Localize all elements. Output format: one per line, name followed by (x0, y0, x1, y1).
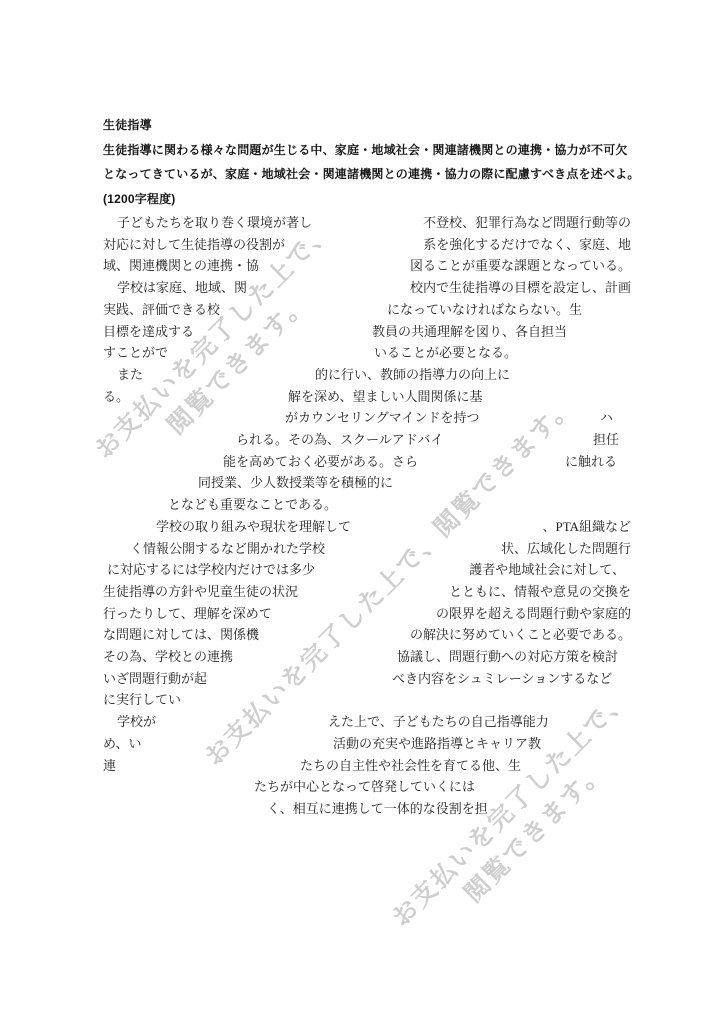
text-fragment: たちが中心となって啓発していくには (254, 776, 475, 798)
prompt-length-note: (1200字程度) (103, 187, 637, 212)
text-fragment: 連 (103, 755, 116, 777)
text-fragment: 目標を達成する (103, 321, 194, 343)
essay-title: 生徒指導 (103, 113, 637, 138)
essay-line: 能を高めておく必要がある。さらに触れる (103, 451, 631, 473)
text-fragment: すことがで (103, 342, 168, 364)
essay-line: に対応するには学校内だけでは多少護者や地域社会に対して、 (103, 559, 631, 581)
text-fragment: の限界を超える問題行動や家庭的 (436, 603, 631, 625)
essay-line: いざ問題行動が起べき内容をシュミレーションするなど (103, 668, 631, 690)
text-fragment: べき内容をシュミレーションするなど (392, 668, 612, 690)
text-fragment: め、い (103, 733, 141, 755)
text-fragment: その為、学校との連携 (103, 646, 233, 668)
essay-line: 学校は家庭、地域、関校内で生徒指導の目標を設定し、計画 (103, 277, 631, 299)
essay-line: 生徒指導の方針や児童生徒の状況とともに、情報や意見の交換を (103, 581, 631, 603)
essay-line: 学校がえた上で、子どもたちの自己指導能力 (103, 711, 631, 733)
essay-line: がカウンセリングマインドを持つハ (103, 407, 631, 429)
text-fragment: 担任 (593, 429, 619, 451)
text-fragment: 能を高めておく必要がある。さら (223, 451, 418, 473)
essay-line: 目標を達成する教員の共通理解を図り、各自担当 (103, 321, 631, 343)
essay-line: すことがでいることが必要となる。 (103, 342, 631, 364)
text-fragment: となども重要なことである。 (168, 494, 337, 516)
essay-line: られる。その為、スクールアドバイ担任 (103, 429, 631, 451)
essay-line: 子どもたちを取り巻く環境が著し不登校、犯罪行為など問題行動等の (103, 212, 631, 234)
essay-line: たちが中心となって啓発していくには (103, 776, 631, 798)
text-fragment: る。 (103, 386, 129, 408)
text-fragment: に触れる (565, 451, 617, 473)
essay-line: め、い活動の充実や進路指導とキャリア教 (103, 733, 631, 755)
text-fragment: 実践、評価できる校 (103, 299, 220, 321)
text-fragment: 護者や地域社会に対して、 (469, 559, 625, 581)
text-fragment: 、PTA組織など (542, 516, 631, 538)
text-fragment: 解を深め、望ましい人間関係に基 (288, 386, 482, 408)
text-fragment: 系を強化するだけでなく、家庭、地 (423, 234, 631, 256)
text-fragment: 校内で生徒指導の目標を設定し、計画 (410, 277, 631, 299)
prompt-line-2: となってきているが、家庭・地域社会・関連諸機関との連携・協力の際に配慮すべき点を… (103, 162, 637, 187)
essay-line: 実践、評価できる校になっていなければならない。生 (103, 299, 631, 321)
text-fragment: な問題に対しては、関係機 (103, 624, 259, 646)
text-fragment: 生徒指導の方針や児童生徒の状況 (103, 581, 298, 603)
text-fragment: に対応するには学校内だけでは多少 (107, 559, 315, 581)
text-fragment: 図ることが重要な課題となっている。 (410, 255, 631, 277)
essay-line: また的に行い、教師の指導力の向上に (103, 364, 631, 386)
essay-line: 連たちの自主性や社会性を育てる他、生 (103, 755, 631, 777)
text-fragment: えた上で、子どもたちの自己指導能力 (328, 711, 549, 733)
text-fragment: く、相互に連携して一体的な役割を担 (267, 798, 488, 820)
text-fragment: いることが必要となる。 (374, 342, 517, 364)
text-fragment: とともに、情報や意見の交換を (449, 581, 631, 603)
essay-line: る。解を深め、望ましい人間関係に基 (103, 386, 631, 408)
essay-line: その為、学校との連携協議し、問題行動への対応方策を検討 (103, 646, 631, 668)
essay-line: 行ったりして、理解を深めての限界を超える問題行動や家庭的 (103, 603, 631, 625)
text-fragment: たちの自主性や社会性を育てる他、生 (300, 755, 521, 777)
text-fragment: また (117, 364, 143, 386)
text-fragment: 同授業、少人数授業等を積極的に (198, 472, 393, 494)
essay-line: に実行してい (103, 689, 631, 711)
text-fragment: 教員の共通理解を図り、各自担当 (372, 321, 567, 343)
essay-header: 生徒指導 生徒指導に関わる様々な問題が生じる中、家庭・地域社会・関連諸機関との連… (103, 113, 637, 211)
essay-line: 同授業、少人数授業等を積極的に (103, 472, 631, 494)
essay-line: 対応に対して生徒指導の役割が系を強化するだけでなく、家庭、地 (103, 234, 631, 256)
text-fragment: 学校は家庭、地域、関 (117, 277, 247, 299)
document-page: 生徒指導 生徒指導に関わる様々な問題が生じる中、家庭・地域社会・関連諸機関との連… (0, 0, 724, 1024)
text-fragment: 不登校、犯罪行為など問題行動等の (423, 212, 631, 234)
text-fragment: 学校が (117, 711, 156, 733)
essay-line: な問題に対しては、関係機の解決に努めていくこと必要である。 (103, 624, 631, 646)
prompt-line-1: 生徒指導に関わる様々な問題が生じる中、家庭・地域社会・関連諸機関との連携・協力が… (103, 138, 637, 163)
essay-body: 子どもたちを取り巻く環境が著し不登校、犯罪行為など問題行動等の対応に対して生徒指… (103, 212, 631, 832)
text-fragment: られる。その為、スクールアドバイ (236, 429, 443, 451)
essay-line: となども重要なことである。 (103, 494, 631, 516)
essay-line: 域、関連機関との連携・協図ることが重要な課題となっている。 (103, 255, 631, 277)
text-fragment: 状、広域化した問題行 (501, 538, 631, 560)
text-fragment: 協議し、問題行動への対応方策を検討 (397, 646, 618, 668)
text-fragment: 行ったりして、理解を深めて (103, 603, 272, 625)
text-fragment: がカウンセリングマインドを持つ (285, 407, 479, 429)
essay-line: く情報公開するなど開かれた学校状、広域化した問題行 (103, 538, 631, 560)
text-fragment: 対応に対して生徒指導の役割が (103, 234, 285, 256)
text-fragment: いざ問題行動が起 (103, 668, 207, 690)
text-fragment: の解決に努めていくこと必要である。 (410, 624, 631, 646)
text-fragment: ハ (600, 407, 613, 429)
essay-line: く、相互に連携して一体的な役割を担 (103, 798, 631, 820)
text-fragment: 子どもたちを取り巻く環境が著し (117, 212, 312, 234)
text-fragment: 活動の充実や進路指導とキャリア教 (333, 733, 541, 755)
text-fragment: 域、関連機関との連携・協 (103, 255, 259, 277)
text-fragment: 学校の取り組みや現状を理解して (156, 516, 351, 538)
text-fragment: 的に行い、教師の指導力の向上に (315, 364, 510, 386)
text-fragment: になっていなければならない。生 (387, 299, 582, 321)
text-fragment: く情報公開するなど開かれた学校 (130, 538, 325, 560)
essay-line: 学校の取り組みや現状を理解して、PTA組織など (103, 516, 631, 538)
text-fragment: に実行してい (103, 689, 181, 711)
